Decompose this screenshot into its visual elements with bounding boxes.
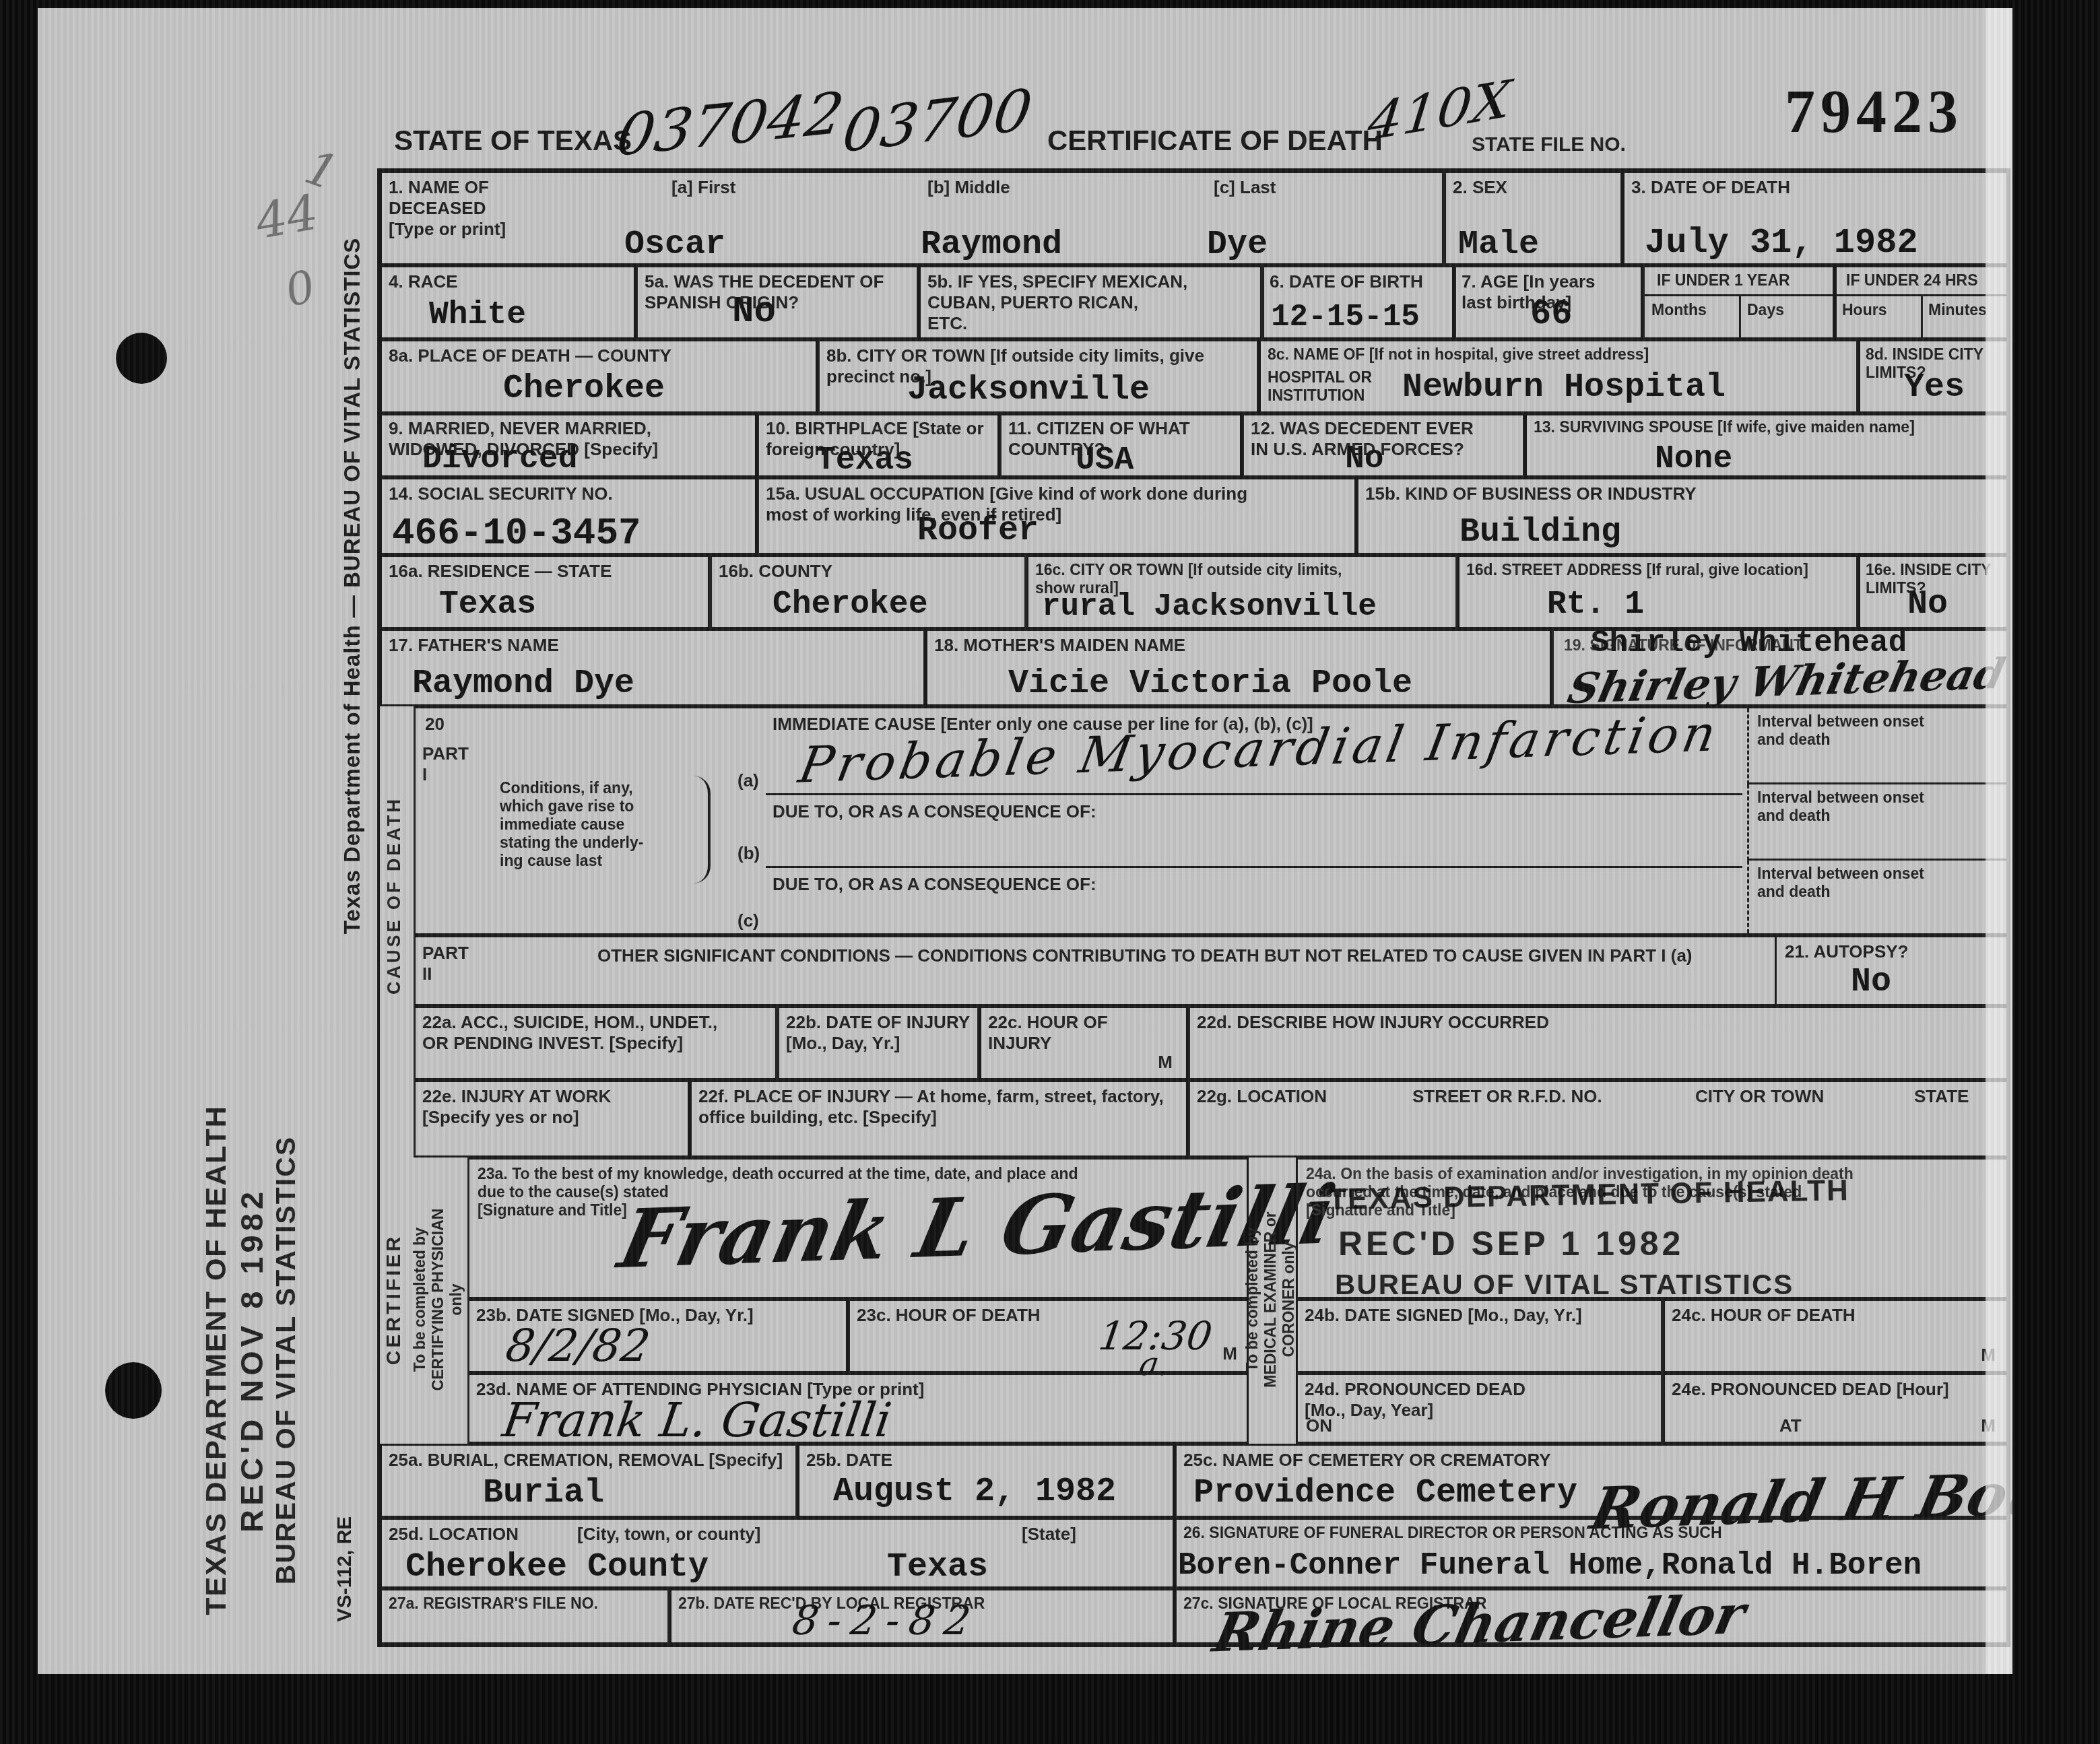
received-stamp-nov-line1: TEXAS DEPARTMENT OF HEALTH (200, 1105, 233, 1615)
scan-top-bar (0, 0, 2100, 8)
certifying-physician-side-label: To be completed by CERTIFYING PHYSICIAN … (411, 1209, 465, 1391)
interval-a-label: Interval between onset and death (1757, 712, 1924, 749)
field-11-citizen: 11. CITIZEN OF WHAT COUNTRY? USA (999, 413, 1242, 477)
autopsy-value: No (1851, 963, 1891, 1001)
field-16b-residence-county: 16b. COUNTY Cherokee (710, 555, 1026, 629)
field-8c-sublabel: HOSPITAL OR INSTITUTION (1268, 368, 1372, 405)
field-22d-how-injury-occurred: 22d. DESCRIBE HOW INJURY OCCURRED (1188, 1006, 2008, 1080)
hole-punch-bottom (105, 1362, 162, 1419)
field-6-label: 6. DATE OF BIRTH (1270, 271, 1423, 292)
field-25b-label: 25b. DATE (806, 1450, 892, 1471)
field-6-date-of-birth: 6. DATE OF BIRTH 12-15-15 (1262, 265, 1454, 339)
form-code: VS-112, RE (333, 1516, 356, 1622)
state-file-number: 79423 (1785, 77, 1963, 147)
death-certificate-scan: { "colors":{"paper":"#c5c5c5","ink":"#14… (0, 0, 2100, 1744)
ssn-value: 466-10-3457 (392, 512, 641, 555)
residence-inside-city-value: No (1907, 585, 1948, 624)
field-24b-date-signed: 24b. DATE SIGNED [Mo., Day, Yr.] (1296, 1299, 1663, 1373)
field-21-autopsy: 21. AUTOPSY? No (1775, 937, 2012, 1004)
field-25c-label: 25c. NAME OF CEMETERY OR CREMATORY (1183, 1450, 1551, 1471)
occupation-value: Roofer (917, 512, 1039, 550)
residence-city-value: rural Jacksonville (1042, 589, 1377, 624)
date-of-death-value: July 31, 1982 (1645, 223, 1918, 263)
field-5b-label: 5b. IF YES, SPECIFY MEXICAN, CUBAN, PUER… (927, 271, 1187, 334)
field-12-armed-forces: 12. WAS DECEDENT EVER IN U.S. ARMED FORC… (1242, 413, 1525, 477)
field-19-informant: 19. SIGNATURE OF INFORMANT Shirley White… (1552, 629, 2008, 706)
interval-c-label: Interval between onset and death (1757, 865, 1924, 901)
pencil-mark-0: 0 (280, 260, 320, 317)
days-label: Days (1747, 301, 1784, 319)
field-under-24-hrs: IF UNDER 24 HRS Hours Minutes (1835, 265, 2008, 339)
interval-box-b: Interval between onset and death (1747, 784, 2010, 861)
field-4-race: 4. RACE White (380, 265, 636, 339)
field-24c-label: 24c. HOUR OF DEATH (1672, 1305, 1856, 1326)
field-3-date-of-death: 3. DATE OF DEATH July 31, 1982 (1622, 171, 2008, 265)
residence-state-value: Texas (439, 586, 536, 623)
race-value: White (429, 297, 526, 333)
field-23d-attending-physician: 23d. NAME OF ATTENDING PHYSICIAN [Type o… (467, 1373, 1249, 1444)
scan-left-bar (0, 0, 38, 1744)
field-25a-burial: 25a. BURIAL, CREMATION, REMOVAL [Specify… (380, 1444, 797, 1518)
field-24b-label: 24b. DATE SIGNED [Mo., Day, Yr.] (1305, 1305, 1582, 1326)
due-to-label-1: DUE TO, OR AS A CONSEQUENCE OF: (773, 801, 1096, 822)
field-21-label: 21. AUTOPSY? (1785, 941, 1909, 962)
field-22a-manner: 22a. ACC., SUICIDE, HOM., UNDET., OR PEN… (414, 1006, 777, 1080)
field-24e-pronounced-dead-hour: 24e. PRONOUNCED DEAD [Hour] AT M (1663, 1373, 2008, 1444)
line-c-label: (c) (737, 910, 759, 931)
field-22g-label: 22g. LOCATION (1197, 1086, 1327, 1107)
field-22g-street-label: STREET OR R.F.D. NO. (1412, 1086, 1602, 1107)
field-5a-spanish-origin: 5a. WAS THE DECEDENT OF SPANISH ORIGIN? … (636, 265, 919, 339)
conditions-bracket (685, 776, 711, 883)
mother-name-value: Vicie Victoria Poole (1008, 665, 1412, 703)
field-8a-label: 8a. PLACE OF DEATH — COUNTY (389, 345, 671, 366)
months-days-divider (1739, 294, 1741, 337)
paper-right-edge (1986, 0, 2012, 1674)
header-title: CERTIFICATE OF DEATH (1047, 125, 1383, 157)
field-22b-label: 22b. DATE OF INJURY [Mo., Day, Yr.] (786, 1012, 970, 1054)
scan-bottom-bar (0, 1674, 2100, 1744)
hours-minutes-divider (1921, 294, 1923, 337)
under-1-year-label: IF UNDER 1 YEAR (1657, 271, 1790, 290)
field-16d-street-address: 16d. STREET ADDRESS [If rural, give loca… (1457, 555, 1858, 629)
under-24-hrs-label: IF UNDER 24 HRS (1846, 271, 1978, 290)
received-stamp-sep-line2: REC'D SEP 1 1982 (1338, 1224, 1684, 1263)
field-22c-hour-of-injury: 22c. HOUR OF INJURY M (979, 1006, 1188, 1080)
field-24e-label: 24e. PRONOUNCED DEAD [Hour] (1672, 1379, 1949, 1400)
certificate-form: 1. NAME OF DECEASED [Type or print] [a] … (377, 168, 2010, 1647)
received-stamp-sep-line3: BUREAU OF VITAL STATISTICS (1335, 1269, 1794, 1301)
field-24a-certification: 24a. On the basis of examination and/or … (1296, 1158, 2008, 1299)
dept-vertical-title: Texas Department of Health — BUREAU OF V… (339, 238, 365, 935)
conditions-note: Conditions, if any, which gave rise to i… (500, 779, 643, 870)
burial-value: Burial (483, 1474, 604, 1512)
field-15a-occupation: 15a. USUAL OCCUPATION [Give kind of work… (757, 477, 1356, 555)
header-file-label: STATE FILE NO. (1472, 133, 1626, 156)
hole-punch-top (116, 333, 167, 384)
field-4-label: 4. RACE (389, 271, 458, 292)
field-7-age: 7. AGE [In years last birthday] 66 (1454, 265, 1643, 339)
cause-number: 20 (425, 714, 445, 735)
part2-text: OTHER SIGNIFICANT CONDITIONS — CONDITION… (597, 945, 1742, 966)
field-17-father-name: 17. FATHER'S NAME Raymond Dye (380, 629, 925, 706)
field-24d-label: 24d. PRONOUNCED DEAD [Mo., Day, Year] (1305, 1379, 1525, 1421)
field-2-label: 2. SEX (1453, 177, 1507, 198)
field-10-birthplace: 10. BIRTHPLACE [State or foreign country… (757, 413, 999, 477)
field-25b-burial-date: 25b. DATE August 2, 1982 (797, 1444, 1175, 1518)
received-stamp-nov-line3: BUREAU OF VITAL STATISTICS (270, 1105, 302, 1615)
field-20-cause-part1: 20 PART I IMMEDIATE CAUSE [Enter only on… (414, 706, 2008, 935)
due-to-label-2: DUE TO, OR AS A CONSEQUENCE OF: (773, 874, 1096, 895)
date-of-birth-value: 12-15-15 (1271, 300, 1420, 335)
age-value: 66 (1530, 294, 1572, 334)
interval-b-label: Interval between onset and death (1757, 789, 1924, 825)
field-under-1-year: IF UNDER 1 YEAR Months Days (1643, 265, 1835, 339)
field-7-label: 7. AGE [In years last birthday] (1462, 271, 1595, 313)
line-b-label: (b) (737, 843, 760, 864)
field-23b-date-signed: 23b. DATE SIGNED [Mo., Day, Yr.] 8/2/82 (467, 1299, 848, 1373)
field-1a-label: [a] First (671, 177, 735, 198)
field-23a-certification: 23a. To the best of my knowledge, death … (467, 1158, 1249, 1299)
field-15b-industry: 15b. KIND OF BUSINESS OR INDUSTRY Buildi… (1356, 477, 2008, 555)
field-8a-place-of-death-county: 8a. PLACE OF DEATH — COUNTY Cherokee (380, 339, 818, 413)
field-3-label: 3. DATE OF DEATH (1631, 177, 1790, 198)
field-1-name-of-deceased: 1. NAME OF DECEASED [Type or print] [a] … (380, 171, 1444, 265)
part1-label: PART I (422, 743, 469, 785)
field-25d-location: 25d. LOCATION [City, town, or county] [S… (380, 1518, 1175, 1588)
field-18-label: 18. MOTHER'S MAIDEN NAME (934, 635, 1185, 656)
burial-location-value: Cherokee County (405, 1548, 709, 1586)
received-stamp-nov: TEXAS DEPARTMENT OF HEALTH REC'D NOV 8 1… (200, 1105, 302, 1615)
field-22e-injury-at-work: 22e. INJURY AT WORK [Specify yes or no] (414, 1080, 690, 1158)
field-23c-m: M (1222, 1343, 1237, 1364)
burial-state-value: Texas (887, 1548, 988, 1586)
field-8c-hospital: 8c. NAME OF [If not in hospital, give st… (1259, 339, 1858, 413)
field-22c-m: M (1158, 1052, 1173, 1073)
line-a-rule (766, 793, 1742, 795)
field-8c-label: 8c. NAME OF [If not in hospital, give st… (1268, 345, 1649, 364)
marital-status-value: Divorced (422, 441, 577, 477)
birthplace-value: Texas (816, 442, 913, 479)
field-27c-local-registrar-signature: 27c. SIGNATURE OF LOCAL REGISTRAR Rhine … (1175, 1588, 2008, 1644)
citizen-value: USA (1076, 442, 1134, 479)
field-24c-hour-of-death: 24c. HOUR OF DEATH M (1663, 1299, 2008, 1373)
attending-physician-value: Frank L. Gastilli (499, 1393, 894, 1448)
field-27a-registrar-file-no: 27a. REGISTRAR'S FILE NO. (380, 1588, 669, 1644)
field-22a-label: 22a. ACC., SUICIDE, HOM., UNDET., OR PEN… (422, 1012, 717, 1054)
field-14-label: 14. SOCIAL SECURITY NO. (389, 483, 613, 504)
field-15b-label: 15b. KIND OF BUSINESS OR INDUSTRY (1365, 483, 1697, 504)
field-24e-at: AT (1779, 1415, 1802, 1436)
field-24d-on: ON (1306, 1415, 1332, 1436)
last-name-value: Dye (1207, 226, 1268, 264)
field-25d-label: 25d. LOCATION (389, 1524, 519, 1545)
field-22f-place-of-injury: 22f. PLACE OF INJURY — At home, farm, st… (690, 1080, 1188, 1158)
field-27a-label: 27a. REGISTRAR'S FILE NO. (389, 1595, 598, 1613)
field-23c-hour-of-death: 23c. HOUR OF DEATH 12:30 a. M (848, 1299, 1249, 1373)
first-name-value: Oscar (624, 226, 725, 264)
interval-box-a: Interval between onset and death (1747, 708, 2010, 784)
street-address-value: Rt. 1 (1547, 586, 1644, 623)
field-8b-city-or-town: 8b. CITY OR TOWN [If outside city limits… (818, 339, 1259, 413)
hours-label: Hours (1842, 301, 1886, 319)
field-16b-label: 16b. COUNTY (719, 561, 832, 582)
field-25d-sub2: [State] (1022, 1524, 1076, 1545)
death-inside-city-value: Yes (1904, 368, 1965, 407)
field-22g-state-label: STATE (1914, 1086, 1969, 1107)
cause-of-death-side-label: CAUSE OF DEATH (384, 797, 405, 995)
field-22c-label: 22c. HOUR OF INJURY (988, 1012, 1108, 1054)
hospital-value: Newburn Hospital (1402, 368, 1726, 407)
sex-value: Male (1458, 226, 1539, 264)
industry-value: Building (1459, 513, 1621, 551)
field-1b-label: [b] Middle (927, 177, 1010, 198)
field-22g-city-label: CITY OR TOWN (1695, 1086, 1824, 1107)
field-22e-label: 22e. INJURY AT WORK [Specify yes or no] (422, 1086, 611, 1128)
field-22b-date-of-injury: 22b. DATE OF INJURY [Mo., Day, Yr.] (777, 1006, 979, 1080)
field-22d-label: 22d. DESCRIBE HOW INJURY OCCURRED (1197, 1012, 1549, 1033)
part2-label: PART II (422, 943, 469, 984)
field-17-label: 17. FATHER'S NAME (389, 635, 559, 656)
field-27b-date-received: 27b. DATE REC'D BY LOCAL REGISTRAR 8-2-8… (669, 1588, 1175, 1644)
field-1-label: 1. NAME OF DECEASED [Type or print] (389, 177, 506, 240)
field-25a-label: 25a. BURIAL, CREMATION, REMOVAL [Specify… (389, 1450, 783, 1471)
received-stamp-nov-line2: REC'D NOV 8 1982 (233, 1105, 270, 1615)
residence-county-value: Cherokee (773, 586, 927, 623)
header-state: STATE OF TEXAS (394, 125, 632, 157)
spanish-origin-value: No (732, 292, 776, 333)
header-handwritten-number-2: 03700 (839, 77, 1036, 166)
months-label: Months (1651, 301, 1707, 319)
field-22g-location: 22g. LOCATION STREET OR R.F.D. NO. CITY … (1188, 1080, 2008, 1158)
field-2-sex: 2. SEX Male (1444, 171, 1622, 265)
field-9-marital-status: 9. MARRIED, NEVER MARRIED, WIDOWED, DIVO… (380, 413, 757, 477)
field-23c-label: 23c. HOUR OF DEATH (857, 1305, 1041, 1326)
field-18-mother-maiden-name: 18. MOTHER'S MAIDEN NAME Vicie Victoria … (925, 629, 1552, 706)
field-16d-label: 16d. STREET ADDRESS [If rural, give loca… (1466, 561, 1808, 579)
date-received-handwritten: 8-2-82 (789, 1597, 983, 1644)
field-5b-specify-origin: 5b. IF YES, SPECIFY MEXICAN, CUBAN, PUER… (919, 265, 1262, 339)
funeral-home-value: Boren-Conner Funeral Home,Ronald H.Boren (1178, 1548, 1922, 1583)
middle-name-value: Raymond (921, 226, 1062, 264)
armed-forces-value: No (1345, 441, 1384, 477)
field-20-cause-part2: PART II OTHER SIGNIFICANT CONDITIONS — C… (414, 935, 2008, 1006)
scan-right-bar (2012, 0, 2100, 1744)
field-16a-residence-state: 16a. RESIDENCE — STATE Texas (380, 555, 710, 629)
field-25c-cemetery: 25c. NAME OF CEMETERY OR CREMATORY Provi… (1175, 1444, 2008, 1518)
medical-examiner-side-label: To be completed by MEDICAL EXAMINER or C… (1243, 1211, 1298, 1388)
field-1c-label: [c] Last (1214, 177, 1276, 198)
certifier-side-label: CERTIFIER (383, 1234, 405, 1365)
field-25d-sub1: [City, town, or county] (577, 1524, 761, 1545)
burial-date-value: August 2, 1982 (833, 1473, 1116, 1511)
field-24d-pronounced-dead: 24d. PRONOUNCED DEAD [Mo., Day, Year] ON (1296, 1373, 1663, 1444)
death-county-value: Cherokee (503, 370, 665, 408)
field-16a-label: 16a. RESIDENCE — STATE (389, 561, 612, 582)
line-b-rule (766, 866, 1742, 868)
header-handwritten-number-1: 037042 (612, 79, 847, 170)
minutes-label: Minutes (1928, 301, 1987, 319)
field-13-label: 13. SURVIVING SPOUSE [If wife, give maid… (1534, 418, 1915, 436)
field-13-surviving-spouse: 13. SURVIVING SPOUSE [If wife, give maid… (1525, 413, 2008, 477)
date-signed-handwritten: 8/2/82 (503, 1320, 653, 1372)
line-a-label: (a) (737, 770, 759, 791)
pencil-mark-44: 44 (251, 184, 322, 250)
father-name-value: Raymond Dye (412, 665, 634, 703)
cemetery-value: Providence Cemetery (1193, 1474, 1577, 1512)
field-16c-residence-city: 16c. CITY OR TOWN [If outside city limit… (1026, 555, 1457, 629)
field-22f-label: 22f. PLACE OF INJURY — At home, farm, st… (698, 1086, 1164, 1128)
death-city-value: Jacksonville (907, 371, 1150, 409)
surviving-spouse-value: None (1655, 441, 1732, 477)
interval-box-c: Interval between onset and death (1747, 861, 2010, 933)
field-14-ssn: 14. SOCIAL SECURITY NO. 466-10-3457 (380, 477, 757, 555)
